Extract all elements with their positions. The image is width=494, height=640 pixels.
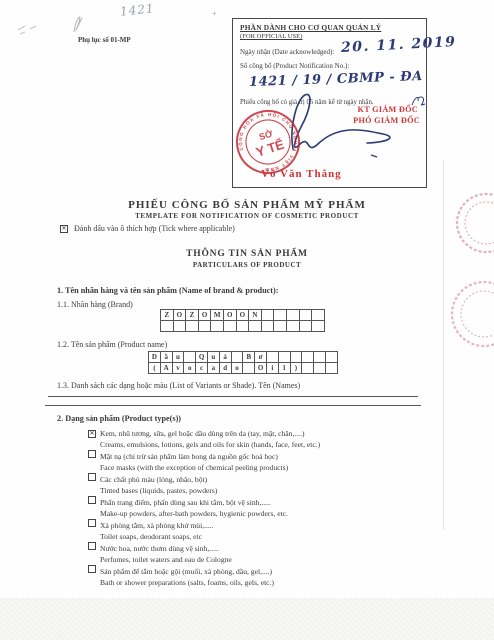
- grid-cell: [291, 352, 303, 363]
- checkbox-unchecked-icon: [88, 565, 96, 573]
- brand-name-grid: ZOZOMOON: [160, 309, 325, 332]
- grid-cell: [243, 363, 255, 374]
- plus-mark: +: [212, 9, 217, 18]
- product-type-item: Phấn trang điểm, phấn dùng sau khi tắm, …: [88, 496, 320, 519]
- grid-cell: [267, 352, 279, 363]
- grid-cell: [312, 321, 325, 332]
- grid-cell: (: [149, 363, 161, 374]
- photo-bottom-texture: [0, 598, 494, 640]
- grid-cell: [199, 321, 212, 332]
- grid-cell: ): [291, 363, 303, 374]
- grid-cell: [300, 310, 313, 321]
- form-title-vi: PHIẾU CÔNG BỐ SẢN PHẨM MỸ PHẨM: [0, 199, 494, 211]
- grid-cell: u: [173, 352, 185, 363]
- grid-cell: N: [249, 310, 262, 321]
- product-name-label: 1.2. Tên sản phẩm (Product name): [57, 340, 167, 349]
- product-type-label-vi: Xà phòng tắm, xà phòng khử mùi,.....: [100, 521, 214, 530]
- section2-heading: 2. Dạng sản phẩm (Product type(s)): [57, 414, 181, 423]
- grid-cell: [262, 310, 275, 321]
- variants-fill-line-2: [45, 405, 421, 406]
- product-type-label-vi: Mặt nạ (chỉ trừ sản phẩm làm bong da ngu…: [100, 452, 278, 461]
- product-type-label-en: Face masks (with the exception of chemic…: [88, 462, 320, 473]
- grid-cell: O: [174, 310, 187, 321]
- checkbox-unchecked-icon: [88, 519, 96, 527]
- grid-cell: [326, 363, 338, 374]
- variants-label: 1.3. Danh sách các dạng hoặc màu (List o…: [57, 381, 300, 390]
- product-type-label-vi: Phấn trang điểm, phấn dùng sau khi tắm, …: [100, 498, 271, 507]
- checkbox-unchecked-icon: [88, 473, 96, 481]
- grid-cell: [300, 321, 313, 332]
- grid-cell: [279, 352, 291, 363]
- grid-cell: O: [199, 310, 212, 321]
- grid-cell: [287, 321, 300, 332]
- grid-cell: [274, 310, 287, 321]
- grid-cell: [161, 321, 174, 332]
- product-type-label-en: Toilet soaps, deodorant soaps, etc: [88, 531, 320, 542]
- brand-label: 1.1. Nhãn hàng (Brand): [57, 300, 133, 309]
- grid-cell: o: [232, 363, 244, 374]
- grid-cell: [314, 363, 326, 374]
- product-type-label-en: Tinted bases (liquids, pastes, powders): [88, 485, 320, 496]
- grid-cell: O: [255, 363, 267, 374]
- grid-cell: o: [184, 363, 196, 374]
- grid-cell: D: [149, 352, 161, 363]
- grid-cell: Z: [186, 310, 199, 321]
- stamp-center-line2: Y TẾ: [254, 137, 286, 160]
- product-info-heading-vi: THÔNG TIN SẢN PHẨM: [0, 249, 494, 259]
- variants-fill-line-1: [48, 396, 418, 397]
- product-type-item: Sản phẩm để tắm hoặc gội (muối, xà phòng…: [88, 565, 320, 588]
- product-type-item: Nước hoa, nước thơm dùng vệ sinh,.....Pe…: [88, 542, 320, 565]
- grid-cell: v: [173, 363, 185, 374]
- official-box-title-vi: PHẦN DÀNH CHO CƠ QUAN QUẢN LÝ: [240, 23, 381, 32]
- document-page: 1421 + Phụ lục số 01-MP PHẦN DÀNH CHO CƠ…: [0, 0, 494, 640]
- grid-cell: [262, 321, 275, 332]
- grid-cell: Q: [196, 352, 208, 363]
- checkbox-checked-icon: ✕: [60, 225, 68, 233]
- so-y-te-stamp: CỘNG HÒA XÃ HỘI CHỦ NGHĨA VIỆT NAM SỞ Y …: [228, 102, 308, 182]
- checkbox-unchecked-icon: [88, 496, 96, 504]
- grid-cell: [211, 321, 224, 332]
- date-acknowledged-label: Ngày nhận (Date acknowledged):: [240, 48, 334, 56]
- grid-cell: [237, 321, 250, 332]
- pencil-scribble: [12, 6, 102, 40]
- grid-cell: u: [208, 352, 220, 363]
- product-type-item: Xà phòng tắm, xà phòng khử mùi,.....Toil…: [88, 519, 320, 542]
- product-type-label-en: Make-up powders, after-bath powders, hyg…: [88, 508, 320, 519]
- grid-cell: [232, 352, 244, 363]
- grid-cell: [326, 352, 338, 363]
- grid-cell: ả: [220, 352, 232, 363]
- product-type-label-en: Creams, emulsions, lotions, gels and oil…: [88, 439, 320, 450]
- grid-cell: [287, 310, 300, 321]
- date-acknowledged-value: 20. 11. 2019: [341, 34, 457, 56]
- grid-cell: l: [279, 363, 291, 374]
- product-type-item: Các chất phủ màu (lỏng, nhão, bột)Tinted…: [88, 473, 320, 496]
- grid-cell: i: [267, 363, 279, 374]
- grid-cell: ơ: [255, 352, 267, 363]
- section1-heading: 1. Tên nhãn hàng và tên sản phẩm (Name o…: [57, 286, 278, 295]
- grid-cell: [249, 321, 262, 332]
- grid-cell: [302, 363, 314, 374]
- edge-stamp-bottom: [420, 272, 494, 356]
- official-box-title-en: (FOR OFFICIAL USE): [240, 33, 302, 40]
- grid-cell: O: [224, 310, 237, 321]
- product-type-label-vi: Sản phẩm để tắm hoặc gội (muối, xà phòng…: [100, 567, 272, 576]
- grid-cell: O: [237, 310, 250, 321]
- grid-cell: [312, 310, 325, 321]
- product-type-list: ✕Kem, nhũ tương, sữa, gel hoặc dầu dùng …: [88, 428, 320, 588]
- grid-cell: B: [243, 352, 255, 363]
- product-info-heading-en: PARTICULARS OF PRODUCT: [0, 261, 494, 269]
- form-title-en: TEMPLATE FOR NOTIFICATION OF COSMETIC PR…: [0, 212, 494, 220]
- product-type-label-vi: Các chất phủ màu (lỏng, nhão, bột): [100, 475, 207, 484]
- grid-cell: [224, 321, 237, 332]
- grid-cell: Z: [161, 310, 174, 321]
- product-type-item: ✕Kem, nhũ tương, sữa, gel hoặc dầu dùng …: [88, 428, 320, 450]
- checkbox-unchecked-icon: [88, 450, 96, 458]
- product-type-item: Mặt nạ (chỉ trừ sản phẩm làm bong da ngu…: [88, 450, 320, 473]
- grid-cell: A: [161, 363, 173, 374]
- tick-note-label: Đánh dấu vào ô thích hợp (Tick where app…: [74, 224, 235, 233]
- grid-cell: [302, 352, 314, 363]
- grid-cell: [314, 352, 326, 363]
- grid-cell: M: [211, 310, 224, 321]
- grid-cell: ầ: [161, 352, 173, 363]
- tick-note: ✕ Đánh dấu vào ô thích hợp (Tick where a…: [60, 224, 235, 233]
- product-type-label-vi: Nước hoa, nước thơm dùng vệ sinh,.....: [100, 544, 219, 553]
- edge-stamp-top: [424, 186, 494, 262]
- product-type-label-en: Bath or shower preparations (salts, foam…: [88, 577, 320, 588]
- photo-page-edge: [443, 160, 444, 530]
- checkbox-unchecked-icon: [88, 542, 96, 550]
- grid-cell: a: [208, 363, 220, 374]
- grid-cell: [186, 321, 199, 332]
- product-name-grid: DầuQuảBơ(AvocadoOil): [148, 351, 338, 374]
- grid-cell: [274, 321, 287, 332]
- checkbox-checked-icon: ✕: [88, 430, 96, 438]
- handwritten-page-number: 1421: [119, 1, 155, 19]
- grid-cell: d: [220, 363, 232, 374]
- product-type-label-en: Perfumes, toilet waters and eau de Colog…: [88, 554, 320, 565]
- grid-cell: [174, 321, 187, 332]
- product-type-label-vi: Kem, nhũ tương, sữa, gel hoặc dầu dùng t…: [100, 429, 305, 438]
- grid-cell: c: [196, 363, 208, 374]
- notification-number-label: Số công bố (Product Notification No.):: [240, 62, 349, 70]
- grid-cell: [184, 352, 196, 363]
- appendix-label: Phụ lục số 01-MP: [78, 36, 131, 44]
